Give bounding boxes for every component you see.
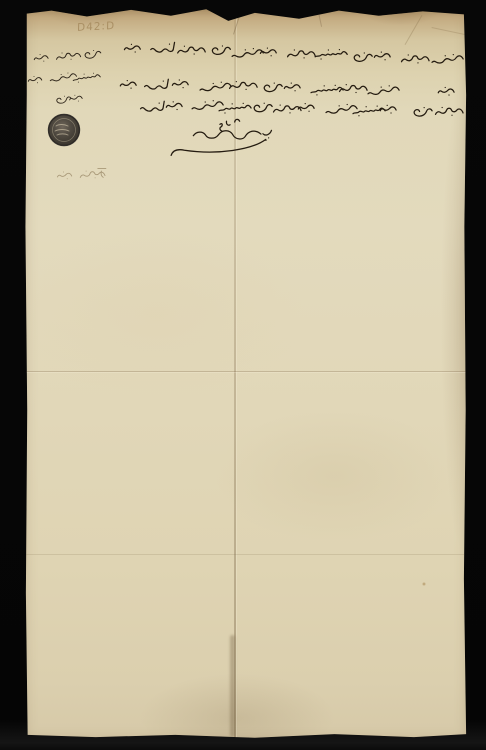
handwriting-layer [25, 7, 467, 740]
margin-note-3 [57, 95, 83, 104]
body-line-2 [120, 78, 454, 99]
margin-note-2 [28, 72, 100, 83]
signature [167, 114, 273, 160]
body-line-1 [124, 41, 463, 65]
pencil-margin-note [57, 168, 105, 178]
scan-background: { "document": { "kind_label": "handwritt… [0, 0, 486, 750]
body-line-3 [141, 99, 464, 118]
manuscript-page: D42:D [25, 7, 467, 740]
margin-note-1 [34, 50, 101, 61]
seal-stamp [49, 115, 80, 146]
scanner-bed: D42:D [0, 0, 486, 750]
